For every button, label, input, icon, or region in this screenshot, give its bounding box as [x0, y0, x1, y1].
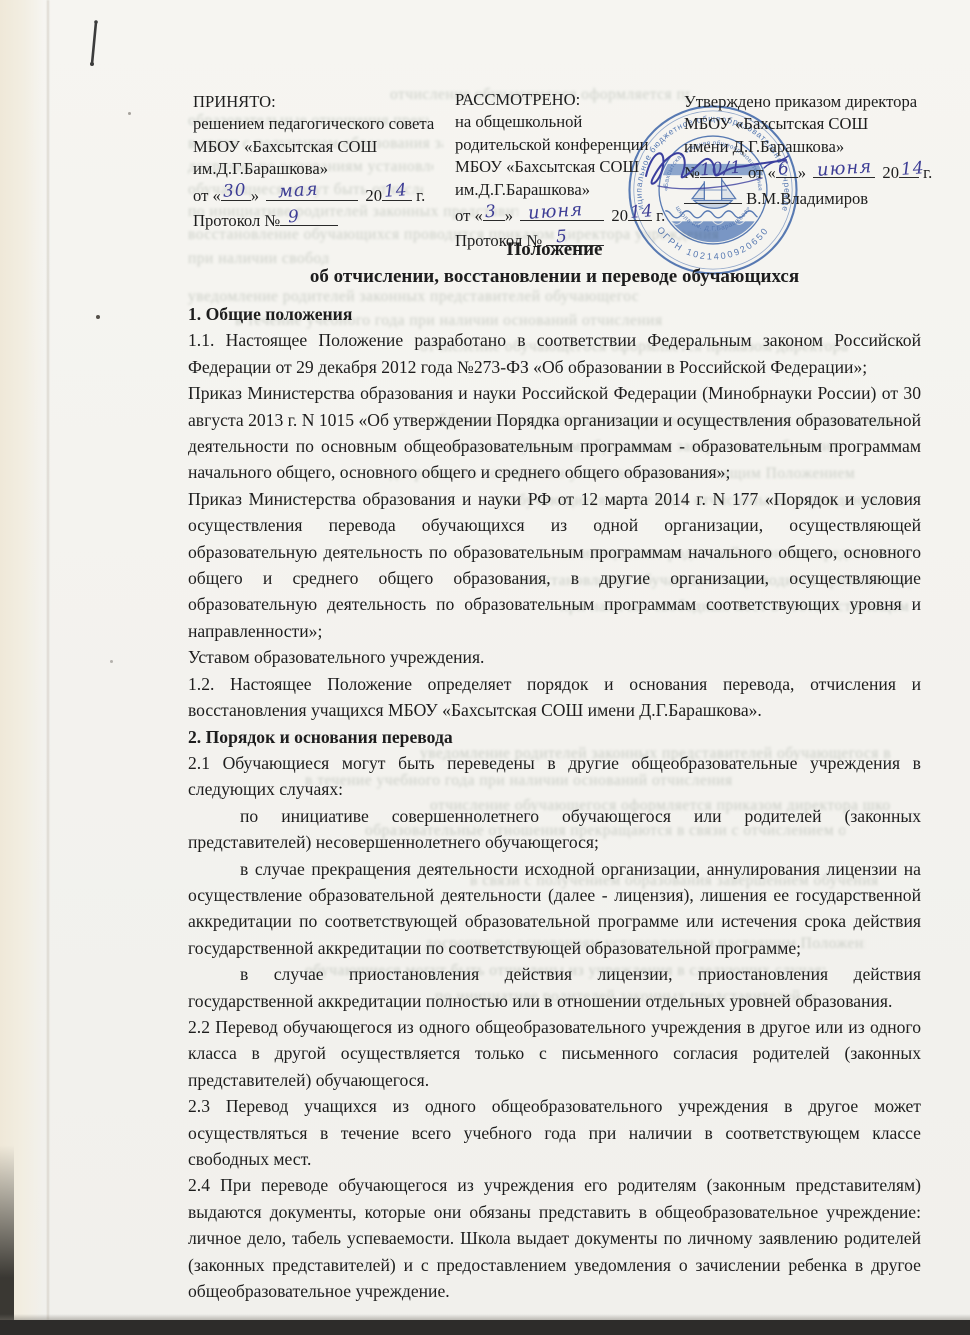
- quote-close: »: [505, 206, 513, 225]
- month-blank: июня: [813, 161, 875, 178]
- approved-line: МБОУ «Бахсытская СОШ: [684, 113, 926, 135]
- paragraph: 2.2 Перевод обучающегося из одного общео…: [188, 1014, 921, 1093]
- scan-edge-left: [0, 0, 44, 1335]
- month-blank: мая: [266, 184, 358, 201]
- year-blank: 14: [382, 184, 412, 201]
- section-heading: 2. Порядок и основания перевода: [188, 724, 921, 750]
- protocol-label: Протокол №: [193, 211, 280, 230]
- scan-edge-bottom: [0, 1320, 970, 1335]
- date-prefix: от «: [193, 186, 221, 205]
- ink-speck: [96, 315, 100, 319]
- month-blank: июня: [520, 204, 604, 221]
- year-prefix: 20: [882, 163, 899, 182]
- date-prefix: от «: [455, 206, 483, 225]
- reviewed-label: РАССМОТРЕНО:: [455, 89, 691, 111]
- title-line-1: Положение: [188, 236, 921, 263]
- paragraph: 1.2. Настоящее Положение определяет поря…: [188, 671, 921, 724]
- reviewed-date-line: от «3» июня 2014 г.: [455, 204, 691, 227]
- handwritten-protocol-no: 9: [287, 205, 300, 228]
- title-line-2: об отчислении, восстановлении и переводе…: [188, 263, 921, 290]
- document-title: Положение об отчислении, восстановлении …: [188, 236, 921, 290]
- adopted-protocol-line: Протокол №9: [193, 209, 455, 232]
- ink-speck: [110, 660, 113, 663]
- approved-line: Утверждено приказом директора: [684, 91, 926, 113]
- paragraph: 2.3 Перевод учащихся из одного общеобраз…: [188, 1093, 921, 1172]
- paragraph: 1.1. Настоящее Положение разработано в с…: [188, 327, 921, 380]
- document-body: 1. Общие положения1.1. Настоящее Положен…: [188, 301, 921, 1304]
- handwritten-month: мая: [278, 179, 320, 204]
- section-heading: 1. Общие положения: [188, 301, 921, 327]
- handwritten-year: 14: [900, 157, 925, 181]
- adopted-date-line: от «30» мая 2014 г.: [193, 184, 455, 207]
- handwritten-day: 30: [222, 179, 247, 203]
- adopted-label: ПРИНЯТО:: [193, 91, 455, 113]
- paragraph: 2.1 Обучающиеся могут быть переведены в …: [188, 750, 921, 803]
- pen-stroke-mark: [84, 18, 106, 70]
- handwritten-month: июня: [528, 199, 585, 225]
- scan-edge-bottom-left: [0, 1145, 14, 1335]
- year-suffix: г.: [656, 206, 665, 225]
- protocol-blank: 9: [280, 209, 338, 226]
- paper-crease: [47, 0, 49, 1320]
- ink-speck: [128, 112, 131, 115]
- paragraph: Приказ Министерства образования и науки …: [188, 486, 921, 644]
- day-blank: 3: [483, 204, 505, 221]
- paragraph: Приказ Министерства образования и науки …: [188, 380, 921, 486]
- adopted-block: ПРИНЯТО: решением педагогического совета…: [193, 91, 455, 232]
- scanned-document-page: отчисление обучающегося оформляется прик…: [0, 0, 970, 1335]
- year-suffix: г.: [416, 186, 425, 205]
- day-blank: 30: [221, 184, 251, 201]
- handwritten-day: 3: [484, 200, 497, 223]
- adopted-line: МБОУ «Бахсытская СОШ: [193, 136, 455, 158]
- paragraph: в случае приостановления действия лиценз…: [188, 961, 921, 1014]
- director-signature: [636, 138, 802, 204]
- adopted-line: им.Д.Г.Барашкова»: [193, 158, 455, 180]
- year-blank: 14: [628, 204, 652, 221]
- paragraph: в случае прекращения деятельности исходн…: [188, 856, 921, 962]
- quote-close: »: [251, 186, 259, 205]
- adopted-line: решением педагогического совета: [193, 113, 455, 135]
- year-blank: 14: [899, 161, 919, 178]
- year-prefix: 20: [611, 206, 628, 225]
- paragraph: Уставом образовательного учреждения.: [188, 644, 921, 670]
- reviewed-line: на общешкольной: [455, 111, 691, 133]
- paragraph: 2.4 При переводе обучающегося из учрежде…: [188, 1172, 921, 1304]
- handwritten-month: июня: [817, 156, 874, 182]
- year-prefix: 20: [365, 186, 382, 205]
- paragraph: по инициативе совершеннолетнего обучающе…: [188, 803, 921, 856]
- handwritten-year: 14: [383, 179, 408, 203]
